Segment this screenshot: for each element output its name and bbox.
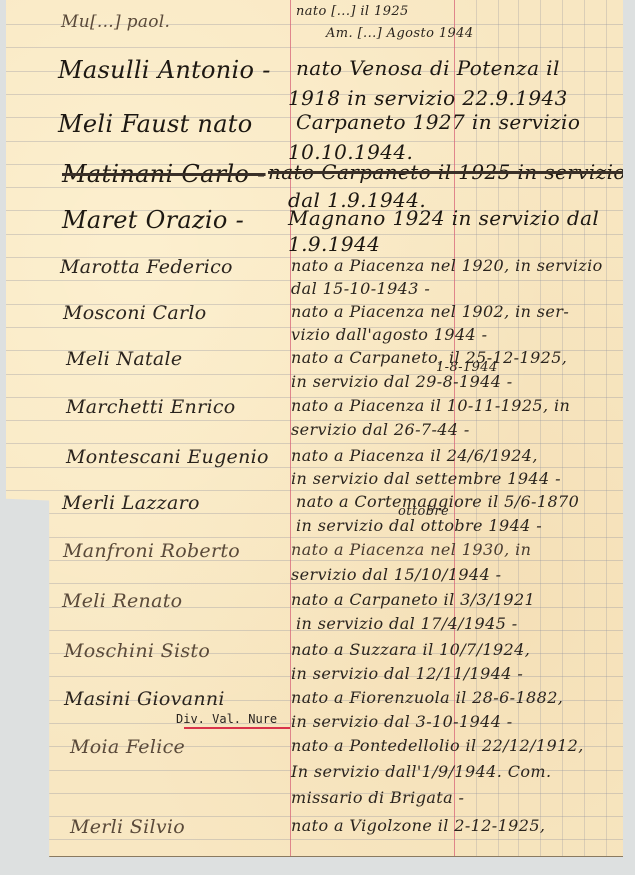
ruled-line <box>6 537 623 538</box>
entry-9-name: Montescani Eugenio <box>66 446 269 468</box>
entry-10-name: Merli Lazzaro <box>62 492 200 514</box>
entry-4-detail-1: Magnano 1924 in servizio dal <box>288 206 599 230</box>
entry-8-detail-2: servizio dal 26-7-44 - <box>291 420 470 439</box>
entry-1-detail-1: nato Venosa di Potenza il <box>296 56 560 80</box>
ruled-line <box>6 839 623 840</box>
ruled-line <box>6 443 623 444</box>
entry-13-detail-1: nato a Suzzara il 10/7/1924, <box>291 640 530 659</box>
entry-16-name: Merli Silvio <box>70 816 185 838</box>
entry-8-name: Marchetti Enrico <box>66 396 236 418</box>
entry-14-detail-2: in servizio dal 3-10-1944 - <box>291 712 513 731</box>
entry-15-detail-2: In servizio dall'1/9/1944. Com. <box>291 762 551 781</box>
grid-column-line <box>606 0 607 856</box>
entry-2-detail-1: Carpaneto 1927 in servizio <box>296 110 580 134</box>
grid-column-line <box>584 0 585 856</box>
entry-4-name: Maret Orazio - <box>62 206 244 234</box>
ruled-line <box>6 490 623 491</box>
entry-12-detail-2: in servizio dal 17/4/1945 - <box>296 614 518 633</box>
entry-9-detail-2: in servizio dal settembre 1944 - <box>291 469 561 488</box>
entry-3-name: Matinani Carlo - <box>62 160 266 188</box>
entry-1-detail-2: 1918 in servizio 22.9.1943 <box>288 86 568 110</box>
entry-5-detail-2: dal 15-10-1943 - <box>291 279 430 298</box>
entry-15-detail-1: nato a Pontedellolio il 22/12/1912, <box>291 736 584 755</box>
division-note-underline <box>184 727 290 729</box>
entry-14-detail-1: nato a Fiorenzuola il 28-6-1882, <box>291 688 563 707</box>
entry-5-detail-1: nato a Piacenza nel 1920, in servizio <box>291 256 603 275</box>
entry-7-detail-1: nato a Carpaneto, il 25-12-1925, <box>291 348 567 367</box>
entry-11-name: Manfroni Roberto <box>63 540 240 562</box>
entry-7-correction: 1-8-1944 <box>436 360 498 375</box>
entry-2-name: Meli Faust nato <box>58 110 253 138</box>
entry-10-correction: ottobre <box>398 504 449 519</box>
entry-6-detail-2: vizio dall'agosto 1944 - <box>291 325 487 344</box>
entry-15-name: Moia Felice <box>70 736 185 758</box>
entry-3-detail-1: nato Carpaneto il 1925 in servizio <box>268 160 626 184</box>
entry-8-detail-1: nato a Piacenza il 10-11-1925, in <box>291 396 570 415</box>
entry-0-detail-1: nato [...] il 1925 <box>296 4 409 19</box>
entry-9-detail-1: nato a Piacenza il 24/6/1924, <box>291 446 538 465</box>
entry-4-detail-2: 1.9.1944 <box>288 232 380 256</box>
entry-5-name: Marotta Federico <box>60 256 233 278</box>
entry-1-name: Masulli Antonio - <box>58 56 271 84</box>
entry-6-name: Mosconi Carlo <box>63 302 206 324</box>
entry-11-detail-1: nato a Piacenza nel 1930, in <box>291 540 531 559</box>
entry-14-name: Masini Giovanni <box>64 688 225 710</box>
entry-15-detail-3: missario di Brigata - <box>291 788 464 807</box>
entry-12-detail-1: nato a Carpaneto il 3/3/1921 <box>291 590 535 609</box>
entry-7-name: Meli Natale <box>66 348 182 370</box>
entry-13-name: Moschini Sisto <box>64 640 210 662</box>
entry-12-name: Meli Renato <box>62 590 182 612</box>
division-note: Div. Val. Nure <box>176 712 277 726</box>
entry-16-detail-1: nato a Vigolzone il 2-12-1925, <box>291 816 545 835</box>
entry-13-detail-2: in servizio dal 12/11/1944 - <box>291 664 523 683</box>
entry-6-detail-1: nato a Piacenza nel 1902, in ser- <box>291 302 569 321</box>
entry-0-name: Mu[...] paol. <box>61 12 170 32</box>
ruled-line <box>6 47 623 48</box>
entry-0-detail-2: Am. [...] Agosto 1944 <box>326 26 474 41</box>
document-page: Mu[...] paol. nato [...] il 1925 Am. [..… <box>6 0 623 857</box>
entry-11-detail-2: servizio dal 15/10/1944 - <box>291 565 501 584</box>
